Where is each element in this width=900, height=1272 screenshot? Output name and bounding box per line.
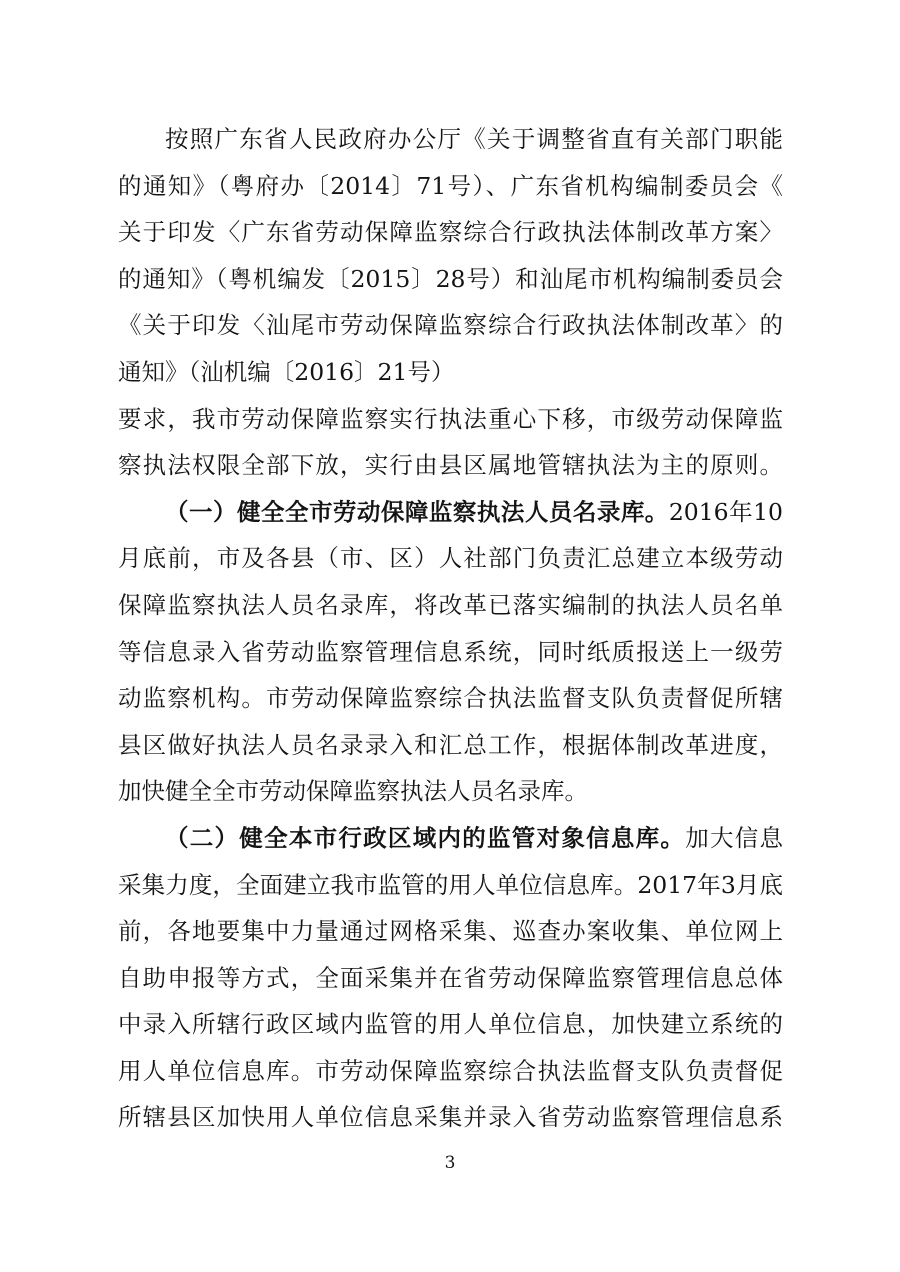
text-line: 的通知》（粤机编发〔2015〕28号）和汕尾市机构编制委员会: [118, 256, 783, 303]
text-line: 动监察机构。市劳动保障监察综合执法监督支队负责督促所辖: [118, 675, 783, 722]
text-line: 按照广东省人民政府办公厅《关于调整省直有关部门职能: [118, 116, 783, 163]
text-line-section-heading-1: （一）健全全市劳动保障监察执法人员名录库。2016年10: [118, 489, 783, 536]
text-line: 采集力度，全面建立我市监管的用人单位信息库。2017年3月底: [118, 862, 783, 909]
text-line: 月底前，市及各县（市、区）人社部门负责汇总建立本级劳动: [118, 535, 783, 582]
text-line: 所辖县区加快用人单位信息采集并录入省劳动监察管理信息系: [118, 1094, 783, 1141]
text-line: 保障监察执法人员名录库，将改革已落实编制的执法人员名单: [118, 582, 783, 629]
text-line: 察执法权限全部下放，实行由县区属地管辖执法为主的原则。: [118, 442, 783, 489]
text-line: 通知》（汕机编〔2016〕21号）: [118, 349, 783, 396]
text-line-section-heading-2: （二）健全本市行政区域内的监管对象信息库。加大信息: [118, 815, 783, 862]
text-line: 用人单位信息库。市劳动保障监察综合执法监督支队负责督促: [118, 1048, 783, 1095]
text-line: 中录入所辖行政区域内监管的用人单位信息，加快建立系统的: [118, 1001, 783, 1048]
text-line: 加快健全全市劳动保障监察执法人员名录库。: [118, 768, 783, 815]
document-page: 按照广东省人民政府办公厅《关于调整省直有关部门职能 的通知》（粤府办〔2014〕…: [0, 0, 900, 1272]
text-line: 的通知》（粤府办〔2014〕71号）、广东省机构编制委员会《: [118, 163, 783, 210]
text-line: 前，各地要集中力量通过网格采集、巡查办案收集、单位网上: [118, 908, 783, 955]
document-body: 按照广东省人民政府办公厅《关于调整省直有关部门职能 的通知》（粤府办〔2014〕…: [118, 116, 783, 1141]
text-line: 关于印发〈广东省劳动保障监察综合行政执法体制改革方案〉: [118, 209, 783, 256]
section-1-heading: （一）健全全市劳动保障监察执法人员名录库。: [165, 498, 669, 526]
page-number: 3: [0, 1148, 900, 1178]
text-line: 等信息录入省劳动监察管理信息系统，同时纸质报送上一级劳: [118, 629, 783, 676]
text-line: 《关于印发〈汕尾市劳动保障监察综合行政执法体制改革〉的: [118, 302, 783, 349]
text-line: 县区做好执法人员名录录入和汇总工作，根据体制改革进度，: [118, 722, 783, 769]
text-line: 要求，我市劳动保障监察实行执法重心下移，市级劳动保障监: [118, 396, 783, 443]
section-2-heading: （二）健全本市行政区域内的监管对象信息库。: [165, 824, 685, 852]
text-line: 自助申报等方式，全面采集并在省劳动保障监察管理信息总体: [118, 955, 783, 1002]
